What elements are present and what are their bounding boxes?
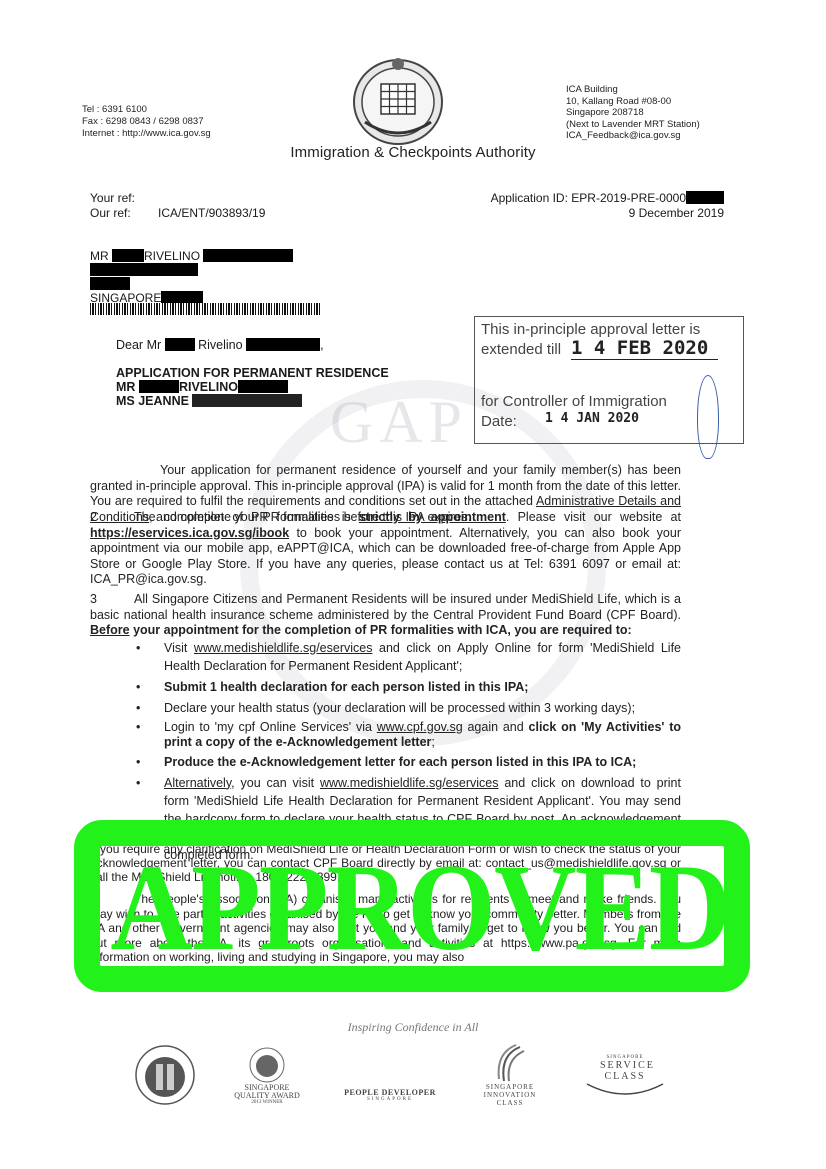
recipient-name: RIVELINO xyxy=(144,249,200,263)
innovation-class-logo-icon: SINGAPORE INNOVATION CLASS xyxy=(470,1040,550,1110)
stamp-line-1: This in-principle approval letter is xyxy=(481,321,700,338)
paragraph-number: 2 xyxy=(90,510,134,526)
address-line: Singapore 208718 xyxy=(566,107,700,119)
feedback-email: ICA_Feedback@ica.gov.sg xyxy=(566,130,700,142)
salutation: Dear Mr Rivelino , xyxy=(116,338,324,352)
medishield-eservices-link[interactable]: www.medishieldlife.sg/eservices xyxy=(194,641,373,655)
list-item: Login to 'my cpf Online Services' via ww… xyxy=(136,720,681,750)
redaction-bar xyxy=(192,394,302,407)
cpf-link[interactable]: www.cpf.gov.sg xyxy=(377,720,463,734)
redaction-bar xyxy=(203,249,293,262)
paragraph-2: 2The completion of PR formalities is str… xyxy=(90,510,681,588)
paragraph-number: 3 xyxy=(90,592,134,608)
p3-text: All Singapore Citizens and Permanent Res… xyxy=(90,592,681,622)
p2-text: The completion of PR formalities is xyxy=(134,510,359,524)
your-ref-label: Your ref: xyxy=(90,191,158,206)
medishield-eservices-link[interactable]: www.medishieldlife.sg/eservices xyxy=(320,776,499,790)
redaction-bar xyxy=(112,249,144,262)
footer-tagline: Inspiring Confidence in All xyxy=(0,1020,826,1035)
applicant-title: MR xyxy=(116,380,135,394)
redaction-bar xyxy=(90,277,130,290)
approved-stamp-text: APPROVED xyxy=(110,828,717,988)
address-line: ICA Building xyxy=(566,84,700,96)
salutation-name: Rivelino xyxy=(198,338,242,352)
redaction-bar xyxy=(246,338,320,351)
stamp-line-2: extended till xyxy=(481,341,561,358)
letterhead-address: ICA Building 10, Kallang Road #08-00 Sin… xyxy=(566,84,700,142)
applicant-2-name: MS JEANNE xyxy=(116,394,189,408)
stamp-signatory: for Controller of Immigration xyxy=(481,393,667,410)
strictly-by-appointment: strictly by appointment xyxy=(359,510,506,524)
address-line: 10, Kallang Road #08-00 xyxy=(566,96,700,108)
letter-date: 9 December 2019 xyxy=(491,206,724,221)
recipient-address: MR RIVELINO SINGAPORE xyxy=(90,249,293,305)
internet-text: Internet : http://www.ica.gov.sg xyxy=(82,128,211,140)
people-developer-logo-icon: PEOPLE DEVELOPER SINGAPORE xyxy=(335,1060,445,1130)
redaction-bar xyxy=(238,380,288,393)
redaction-bar xyxy=(165,338,195,351)
salutation-prefix: Dear Mr xyxy=(116,338,161,352)
salutation-comma: , xyxy=(320,338,323,352)
service-class-logo-icon: SINGAPORE SERVICE CLASS xyxy=(580,1040,670,1110)
agency-name: Immigration & Checkpoints Authority xyxy=(0,144,826,161)
subject-title: APPLICATION FOR PERMANENT RESIDENCE xyxy=(116,366,389,380)
redaction-bar xyxy=(139,380,179,393)
letter-subject: APPLICATION FOR PERMANENT RESIDENCE MR R… xyxy=(116,366,389,408)
application-meta: Application ID: EPR-2019-PRE-0000 9 Dece… xyxy=(491,191,724,221)
p2-text-b: . Please visit our website at xyxy=(506,510,681,524)
references: Your ref: Our ref:ICA/ENT/903893/19 xyxy=(90,191,265,221)
redaction-bar xyxy=(686,191,724,204)
extended-until-date: 1 4 FEB 2020 xyxy=(571,337,718,360)
address-line: (Next to Lavender MRT Station) xyxy=(566,119,700,131)
list-item: Produce the e-Acknowledgement letter for… xyxy=(136,753,681,771)
list-item: Declare your health status (your declara… xyxy=(136,699,681,717)
fax-text: Fax : 6298 0843 / 6298 0837 xyxy=(82,116,211,128)
applicant-name: RIVELINO xyxy=(179,380,238,394)
our-ref-label: Our ref: xyxy=(90,206,158,221)
before-emphasis: Before xyxy=(90,623,130,637)
redaction-bar xyxy=(90,263,198,276)
singapore-quality-award-logo-icon: SINGAPORE QUALITY AWARD 2013 WINNER xyxy=(232,1040,302,1110)
extension-stamp: This in-principle approval letter is ext… xyxy=(474,316,744,444)
ica-crest-icon xyxy=(343,52,453,148)
recipient-title: MR xyxy=(90,249,109,263)
ibook-link[interactable]: https://eservices.ica.gov.sg/ibook xyxy=(90,526,289,540)
our-ref-value: ICA/ENT/903893/19 xyxy=(158,206,265,220)
p3-requirement: your appointment for the completion of P… xyxy=(130,623,632,637)
list-item: Submit 1 health declaration for each per… xyxy=(136,678,681,696)
stamp-date-value: 1 4 JAN 2020 xyxy=(545,411,639,426)
postal-barcode xyxy=(90,303,322,315)
application-id: Application ID: EPR-2019-PRE-0000 xyxy=(491,191,686,205)
list-item: Visit www.medishieldlife.sg/eservices an… xyxy=(136,639,681,675)
signature-mark xyxy=(697,375,719,459)
letterhead-contact: Tel : 6391 6100 Fax : 6298 0843 / 6298 0… xyxy=(82,104,211,140)
tel-text: Tel : 6391 6100 xyxy=(82,104,211,116)
ministry-of-home-affairs-logo-icon xyxy=(130,1040,200,1110)
stamp-date-label: Date: xyxy=(481,413,517,430)
